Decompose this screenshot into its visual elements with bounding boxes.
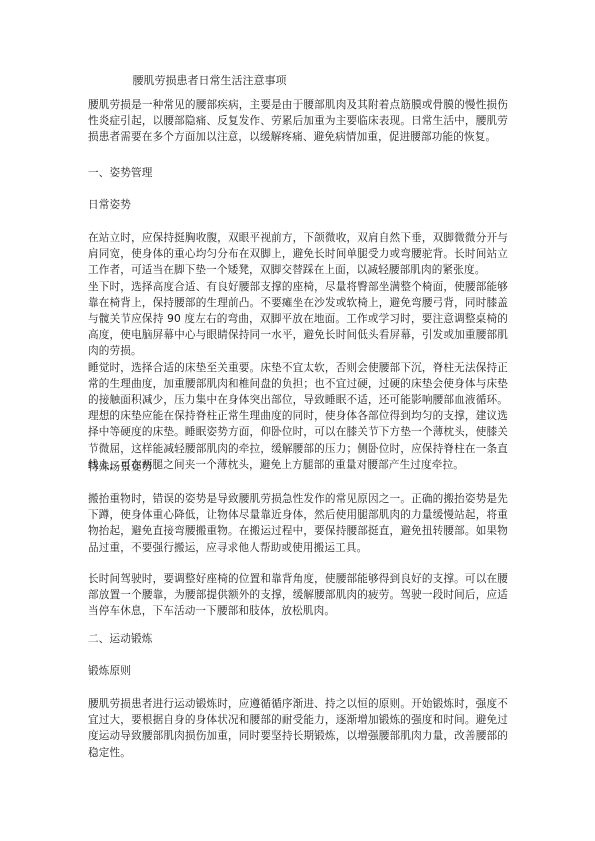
paragraph-exercise-principles-text: 腰肌劳损患者进行运动锻炼时，应遵循循序渐进、持之以恒的原则。开始锻炼时，强度不宜… — [88, 696, 508, 761]
paragraph-lifting-text: 搬抬重物时，错误的姿势是导致腰肌劳损急性发作的常见原因之一。正确的搬抬姿势是先下… — [88, 491, 508, 556]
document-title: 腰肌劳损患者日常生活注意事项 — [0, 73, 507, 89]
paragraph-sitting: 坐下时，选择高度合适、有良好腰部支撑的座椅，尽量将臀部坐满整个椅面，使腰部能够靠… — [88, 279, 508, 360]
intro-text: 腰肌劳损是一种常见的腰部疾病，主要是由于腰部肌肉及其附着点筋膜或骨膜的慢性损伤性… — [88, 97, 508, 146]
intro-paragraph: 腰肌劳损是一种常见的腰部疾病，主要是由于腰部肌肉及其附着点筋膜或骨膜的慢性损伤性… — [88, 97, 508, 146]
paragraph-driving: 长时间驾驶时，要调整好座椅的位置和靠背角度，使腰部能够得到良好的支撑。可以在腰部… — [88, 571, 508, 620]
section-heading-posture: 一、姿势管理 — [88, 165, 508, 181]
paragraph-exercise-principles: 腰肌劳损患者进行运动锻炼时，应遵循循序渐进、持之以恒的原则。开始锻炼时，强度不宜… — [88, 696, 508, 761]
subsection-heading-exercise-principles: 锻炼原则 — [88, 663, 508, 679]
paragraph-standing: 在站立时，应保持挺胸收腹，双眼平视前方，下颌微收，双肩自然下垂，双脚微微分开与肩… — [88, 230, 508, 279]
subsection-heading-special-posture: 特殊场景姿势 — [88, 459, 508, 475]
section-heading-exercise: 二、运动锻炼 — [88, 631, 508, 647]
daily-posture-paragraphs: 在站立时，应保持挺胸收腹，双眼平视前方，下颌微收，双肩自然下垂，双脚微微分开与肩… — [88, 230, 508, 473]
paragraph-driving-text: 长时间驾驶时，要调整好座椅的位置和靠背角度，使腰部能够得到良好的支撑。可以在腰部… — [88, 571, 508, 620]
paragraph-lifting: 搬抬重物时，错误的姿势是导致腰肌劳损急性发作的常见原因之一。正确的搬抬姿势是先下… — [88, 491, 508, 556]
subsection-heading-daily-posture: 日常姿势 — [88, 197, 508, 213]
paragraph-sleeping: 睡觉时，选择合适的床垫至关重要。床垫不宜太软，否则会使腰部下沉，脊柱无法保持正常… — [88, 360, 508, 473]
